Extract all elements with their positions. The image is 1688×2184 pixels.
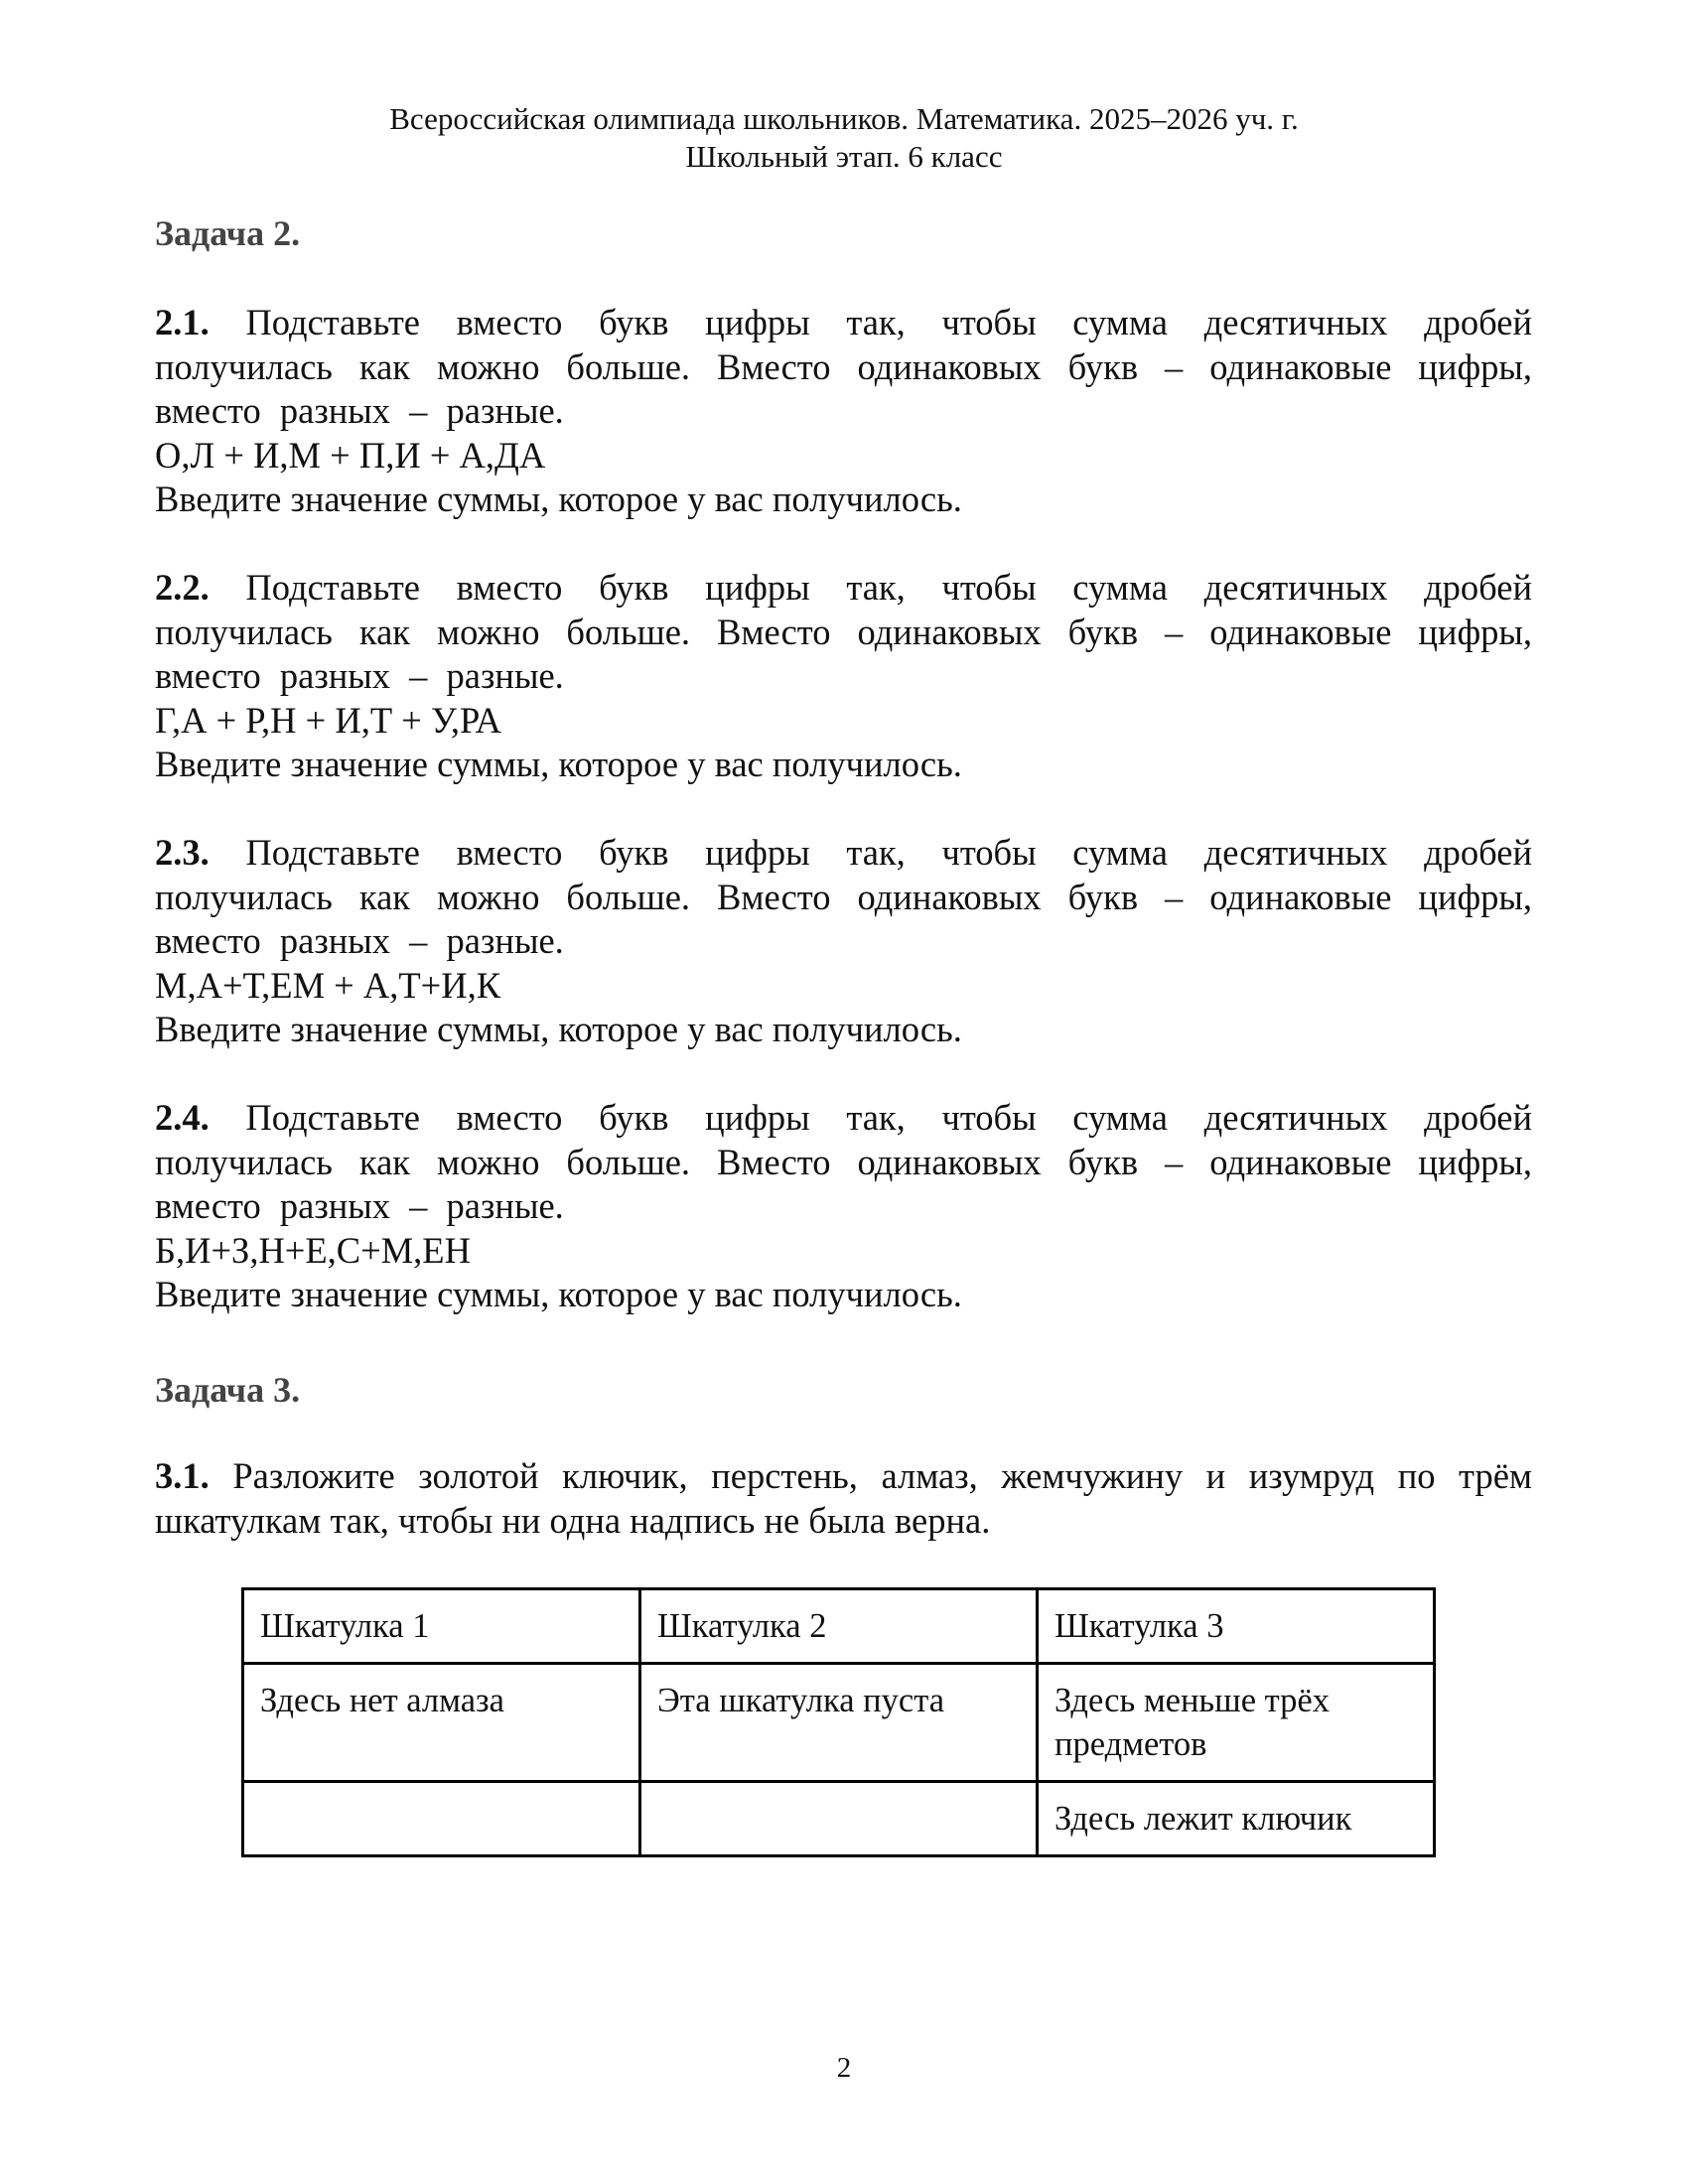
problem-statement: 3.1. Разложите золотой ключик, перстень,… bbox=[155, 1454, 1532, 1543]
problem-prompt: Введите значение суммы, которое у вас по… bbox=[155, 478, 1532, 522]
task-2-heading: Задача 2. bbox=[155, 211, 300, 255]
problem-number: 3.1. bbox=[155, 1455, 210, 1496]
table-header-cell: Шкатулка 2 bbox=[640, 1589, 1038, 1664]
document-page: Всероссийская олимпиада школьников. Мате… bbox=[0, 0, 1688, 2184]
problem-intro: Подставьте вместо букв цифры так, чтобы … bbox=[155, 302, 1532, 431]
problem-prompt: Введите значение суммы, которое у вас по… bbox=[155, 1008, 1532, 1052]
table-row: Здесь лежит ключик bbox=[243, 1782, 1435, 1856]
problem-statement: 2.2. Подставьте вместо букв цифры так, ч… bbox=[155, 566, 1532, 699]
header-title: Всероссийская олимпиада школьников. Мате… bbox=[0, 100, 1688, 138]
page-number: 2 bbox=[0, 2051, 1688, 2085]
problem-prompt: Введите значение суммы, которое у вас по… bbox=[155, 743, 1532, 787]
header-subtitle: Школьный этап. 6 класс bbox=[0, 138, 1688, 176]
problem-intro: Подставьте вместо букв цифры так, чтобы … bbox=[155, 1097, 1532, 1226]
problem-2-1: 2.1. Подставьте вместо букв цифры так, ч… bbox=[155, 301, 1532, 522]
problem-3-1: 3.1. Разложите золотой ключик, перстень,… bbox=[155, 1454, 1532, 1543]
problem-number: 2.2. bbox=[155, 567, 210, 608]
problem-number: 2.3. bbox=[155, 832, 210, 873]
task-3-heading: Задача 3. bbox=[155, 1368, 300, 1412]
problem-expression: Б,И+З,Н+Е,С+М,ЕН bbox=[155, 1229, 1532, 1274]
problem-number: 2.1. bbox=[155, 302, 210, 342]
boxes-table: Шкатулка 1 Шкатулка 2 Шкатулка 3 Здесь н… bbox=[241, 1587, 1436, 1857]
table-cell bbox=[243, 1782, 640, 1856]
table-cell: Здесь меньше трёх предметов bbox=[1038, 1664, 1435, 1782]
table-header-cell: Шкатулка 1 bbox=[243, 1589, 640, 1664]
table-cell: Здесь нет алмаза bbox=[243, 1664, 640, 1782]
problem-expression: Г,А + Р,Н + И,Т + У,РА bbox=[155, 699, 1532, 744]
problem-2-3: 2.3. Подставьте вместо букв цифры так, ч… bbox=[155, 831, 1532, 1052]
table-header-row: Шкатулка 1 Шкатулка 2 Шкатулка 3 bbox=[243, 1589, 1435, 1664]
problem-prompt: Введите значение суммы, которое у вас по… bbox=[155, 1273, 1532, 1317]
problem-statement: 2.3. Подставьте вместо букв цифры так, ч… bbox=[155, 831, 1532, 964]
table-cell: Эта шкатулка пуста bbox=[640, 1664, 1038, 1782]
problem-expression: М,А+Т,ЕМ + А,Т+И,К bbox=[155, 964, 1532, 1009]
problem-statement: 2.1. Подставьте вместо букв цифры так, ч… bbox=[155, 301, 1532, 434]
problem-expression: О,Л + И,М + П,И + А,ДА bbox=[155, 434, 1532, 478]
problem-2-4: 2.4. Подставьте вместо букв цифры так, ч… bbox=[155, 1096, 1532, 1317]
problem-statement: 2.4. Подставьте вместо букв цифры так, ч… bbox=[155, 1096, 1532, 1229]
table-header-cell: Шкатулка 3 bbox=[1038, 1589, 1435, 1664]
table-cell: Здесь лежит ключик bbox=[1038, 1782, 1435, 1856]
problem-intro: Подставьте вместо букв цифры так, чтобы … bbox=[155, 567, 1532, 696]
problem-2-2: 2.2. Подставьте вместо букв цифры так, ч… bbox=[155, 566, 1532, 787]
problem-number: 2.4. bbox=[155, 1097, 210, 1138]
table-cell bbox=[640, 1782, 1038, 1856]
table-row: Здесь нет алмаза Эта шкатулка пуста Здес… bbox=[243, 1664, 1435, 1782]
problem-intro: Подставьте вместо букв цифры так, чтобы … bbox=[155, 832, 1532, 961]
problem-text: Разложите золотой ключик, перстень, алма… bbox=[155, 1455, 1532, 1541]
